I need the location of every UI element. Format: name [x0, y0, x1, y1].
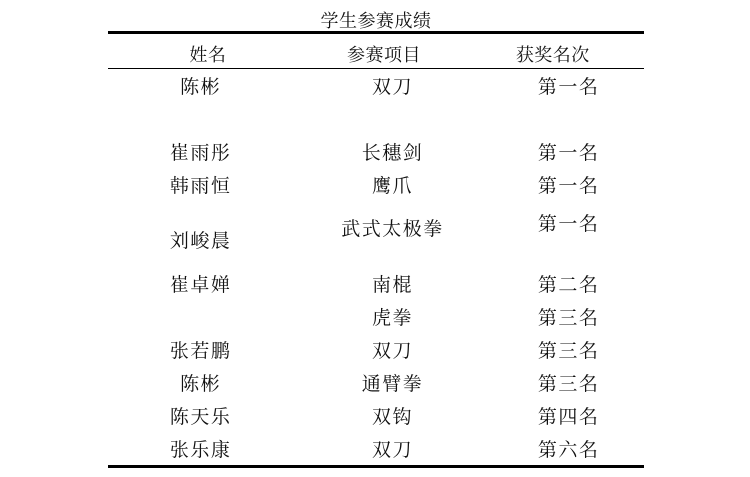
table-row: 陈彬 双刀 第一名 — [108, 69, 644, 102]
cell-name: 张若鹏 — [108, 336, 292, 363]
cell-rank: 第三名 — [492, 369, 644, 396]
table-row: 崔雨彤 长穗剑 第一名 — [108, 135, 644, 168]
cell-event: 双刀 — [292, 435, 492, 462]
table-row: 张乐康 双刀 第六名 — [108, 432, 644, 465]
bottom-rule — [108, 465, 644, 468]
cell-rank: 第四名 — [492, 402, 644, 429]
table-row: 虎拳 第三名 — [108, 300, 644, 333]
cell-rank: 第三名 — [492, 336, 644, 363]
cell-name: 刘峻晨 — [108, 226, 292, 253]
cell-rank: 第二名 — [492, 270, 644, 297]
cell-event: 南棍 — [292, 270, 492, 297]
table-row: 刘峻晨 武式太极拳 第一名 — [108, 201, 644, 267]
table-row: 崔卓婵 南棍 第二名 — [108, 267, 644, 300]
cell-name: 韩雨恒 — [108, 171, 292, 198]
document-page: 学生参赛成绩 姓名 参赛项目 获奖名次 陈彬 双刀 第一名 崔雨彤 长穗剑 第一… — [0, 0, 750, 477]
cell-rank: 第六名 — [492, 435, 644, 462]
cell-event: 双刀 — [292, 336, 492, 363]
column-header-name: 姓名 — [108, 41, 306, 67]
cell-rank: 第一名 — [492, 72, 644, 99]
table-row: 张若鹏 双刀 第三名 — [108, 333, 644, 366]
column-header-rank: 获奖名次 — [460, 41, 644, 67]
cell-rank: 第一名 — [492, 171, 644, 198]
table-title: 学生参赛成绩 — [108, 0, 644, 31]
cell-name: 崔卓婵 — [108, 270, 292, 297]
cell-name: 崔雨彤 — [108, 138, 292, 165]
cell-name: 张乐康 — [108, 435, 292, 462]
table-row: 陈彬 通臂拳 第三名 — [108, 366, 644, 399]
cell-event: 武式太极拳 — [292, 214, 492, 241]
cell-name: 陈天乐 — [108, 402, 292, 429]
results-table: 学生参赛成绩 姓名 参赛项目 获奖名次 陈彬 双刀 第一名 崔雨彤 长穗剑 第一… — [108, 0, 644, 468]
cell-event: 鹰爪 — [292, 171, 492, 198]
table-body: 陈彬 双刀 第一名 崔雨彤 长穗剑 第一名 韩雨恒 鹰爪 第一名 刘峻晨 武式太… — [108, 69, 644, 465]
cell-event: 长穗剑 — [292, 138, 492, 165]
cell-rank: 第一名 — [492, 209, 644, 236]
cell-name: 陈彬 — [108, 72, 292, 99]
cell-rank: 第一名 — [492, 138, 644, 165]
cell-name: 陈彬 — [108, 369, 292, 396]
table-header-row: 姓名 参赛项目 获奖名次 — [108, 34, 644, 68]
cell-event: 虎拳 — [292, 303, 492, 330]
cell-rank: 第三名 — [492, 303, 644, 330]
cell-event: 通臂拳 — [292, 369, 492, 396]
cell-event: 双刀 — [292, 72, 492, 99]
table-row: 韩雨恒 鹰爪 第一名 — [108, 168, 644, 201]
column-header-event: 参赛项目 — [306, 41, 460, 67]
table-row: 陈天乐 双钩 第四名 — [108, 399, 644, 432]
cell-event: 双钩 — [292, 402, 492, 429]
